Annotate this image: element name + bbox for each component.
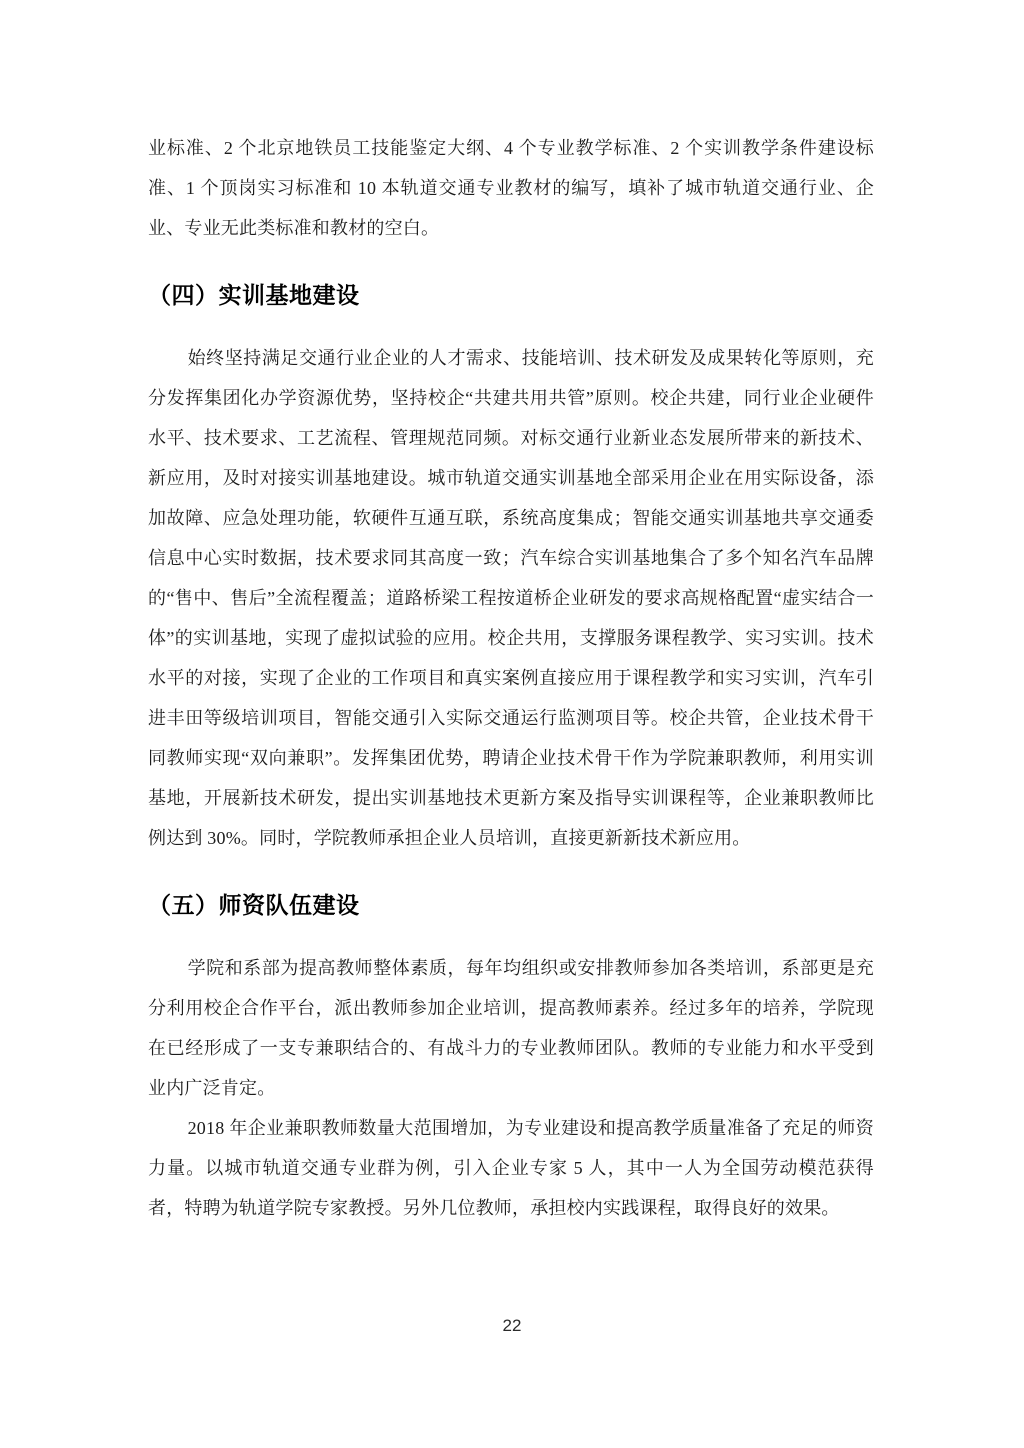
section-heading-4: （四）实训基地建设 — [148, 276, 874, 316]
section-heading-5: （五）师资队伍建设 — [148, 886, 874, 926]
paragraph-continuation: 业标准、2 个北京地铁员工技能鉴定大纲、4 个专业教学标准、2 个实训教学条件建… — [148, 128, 874, 248]
page-number: 22 — [0, 1316, 1024, 1336]
section5-paragraph-1: 学院和系部为提高教师整体素质，每年均组织或安排教师参加各类培训，系部更是充分利用… — [148, 948, 874, 1108]
section5-paragraph-2: 2018 年企业兼职教师数量大范围增加，为专业建设和提高教学质量准备了充足的师资… — [148, 1108, 874, 1228]
section4-paragraph: 始终坚持满足交通行业企业的人才需求、技能培训、技术研发及成果转化等原则，充分发挥… — [148, 338, 874, 858]
document-page: 业标准、2 个北京地铁员工技能鉴定大纲、4 个专业教学标准、2 个实训教学条件建… — [0, 0, 1024, 1448]
